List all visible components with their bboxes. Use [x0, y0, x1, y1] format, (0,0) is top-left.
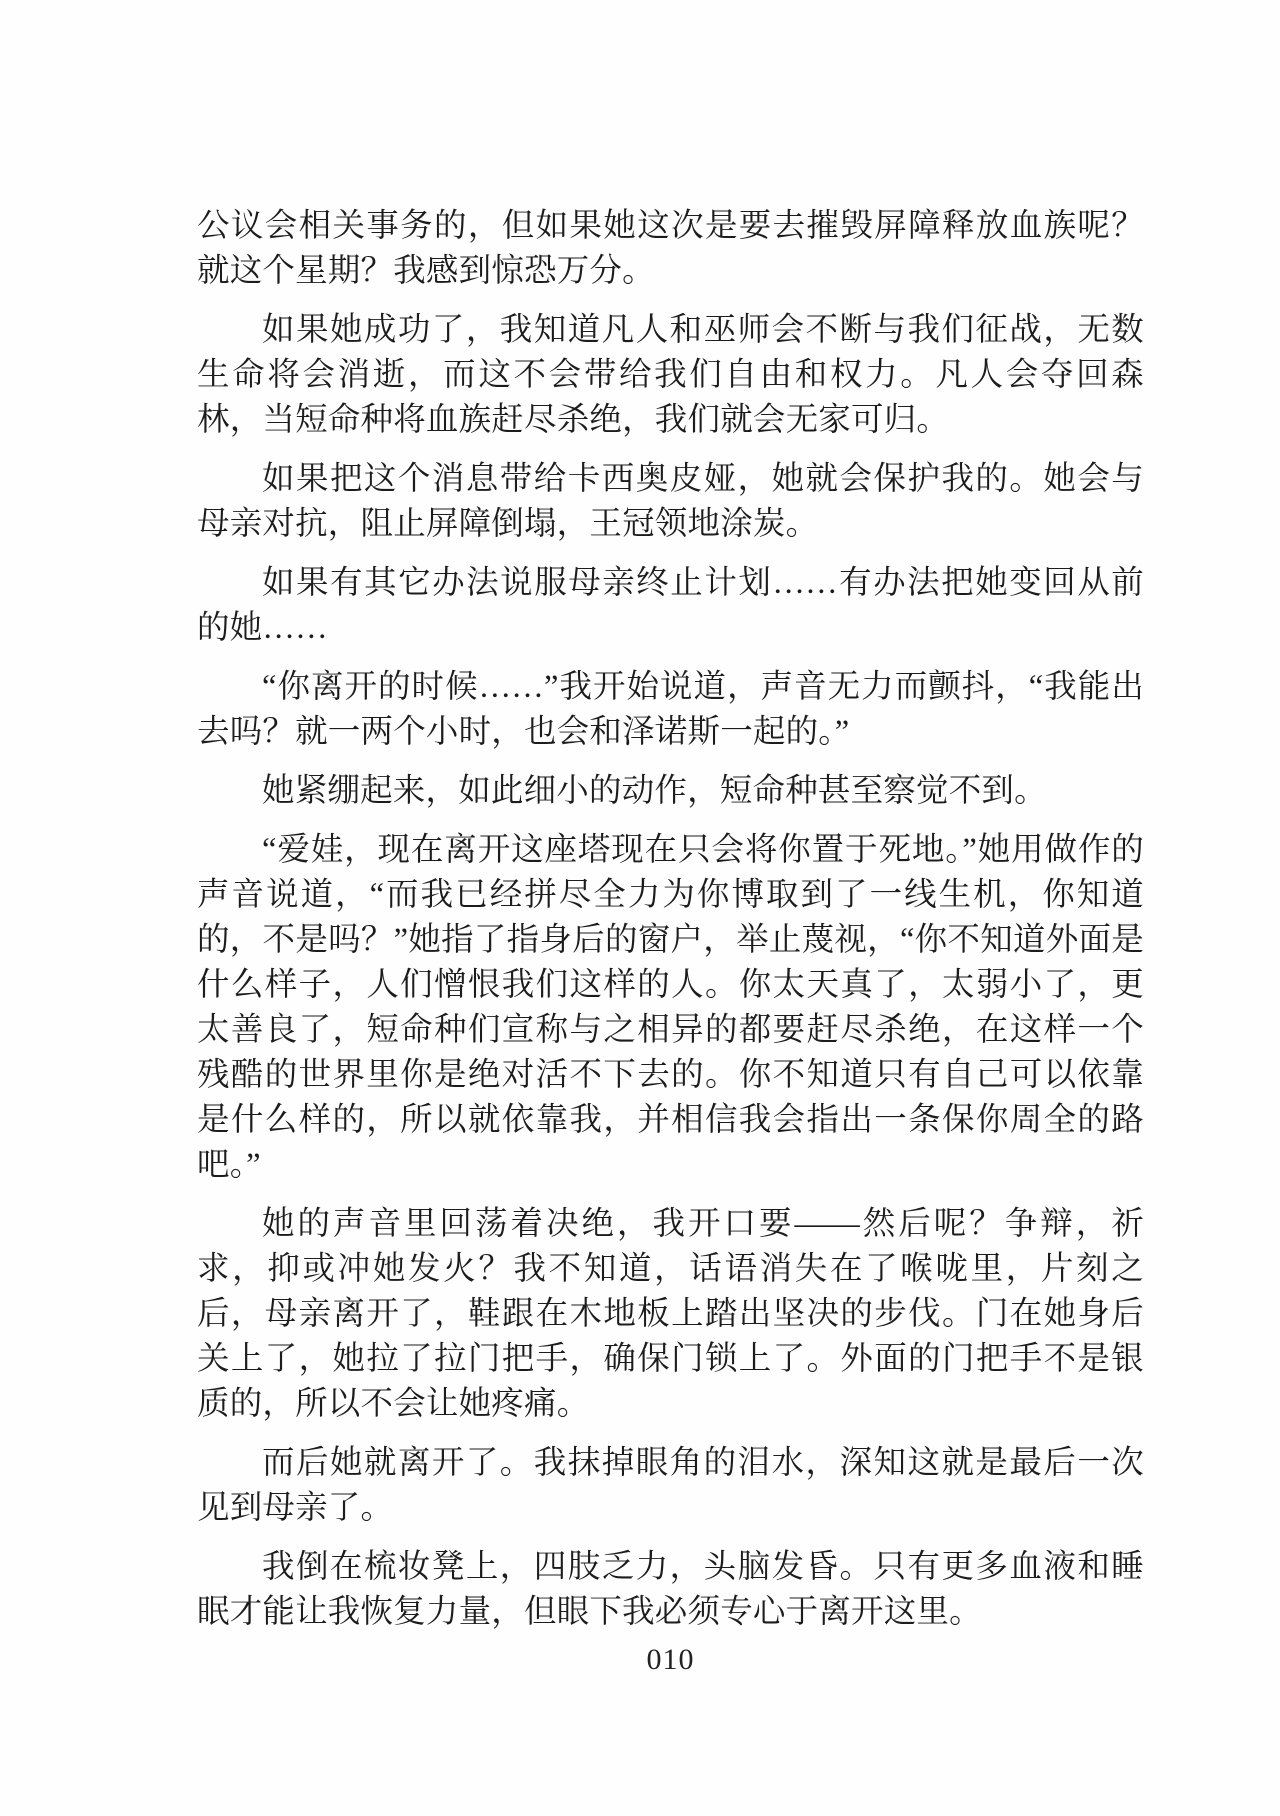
paragraph: 她的声音里回荡着决绝，我开口要——然后呢？争辩，祈求，抑或冲她发火？我不知道，话… — [197, 1202, 1144, 1427]
paragraph: 如果有其它办法说服母亲终止计划……有办法把她变回从前的她…… — [197, 561, 1144, 651]
paragraph: “你离开的时候……”我开始说道，声音无力而颤抖，“我能出去吗？就一两个小时，也会… — [197, 665, 1144, 755]
paragraph: 公议会相关事务的，但如果她这次是要去摧毁屏障释放血族呢？就这个星期？我感到惊恐万… — [197, 204, 1144, 294]
text-block: 公议会相关事务的，但如果她这次是要去摧毁屏障释放血族呢？就这个星期？我感到惊恐万… — [197, 204, 1144, 1649]
paragraph: 如果把这个消息带给卡西奥皮娅，她就会保护我的。她会与母亲对抗，阻止屏障倒塌，王冠… — [197, 457, 1144, 547]
paragraph: 如果她成功了，我知道凡人和巫师会不断与我们征战，无数生命将会消逝，而这不会带给我… — [197, 308, 1144, 443]
paragraph: “爱娃，现在离开这座塔现在只会将你置于死地。”她用做作的声音说道，“而我已经拼尽… — [197, 828, 1144, 1188]
paragraph: 她紧绷起来，如此细小的动作，短命种甚至察觉不到。 — [197, 769, 1144, 814]
book-page: 公议会相关事务的，但如果她这次是要去摧毁屏障释放血族呢？就这个星期？我感到惊恐万… — [0, 0, 1280, 1816]
page-number: 010 — [197, 1642, 1144, 1678]
paragraph: 而后她就离开了。我抹掉眼角的泪水，深知这就是最后一次见到母亲了。 — [197, 1441, 1144, 1531]
paragraph: 我倒在梳妆凳上，四肢乏力，头脑发昏。只有更多血液和睡眠才能让我恢复力量，但眼下我… — [197, 1545, 1144, 1635]
